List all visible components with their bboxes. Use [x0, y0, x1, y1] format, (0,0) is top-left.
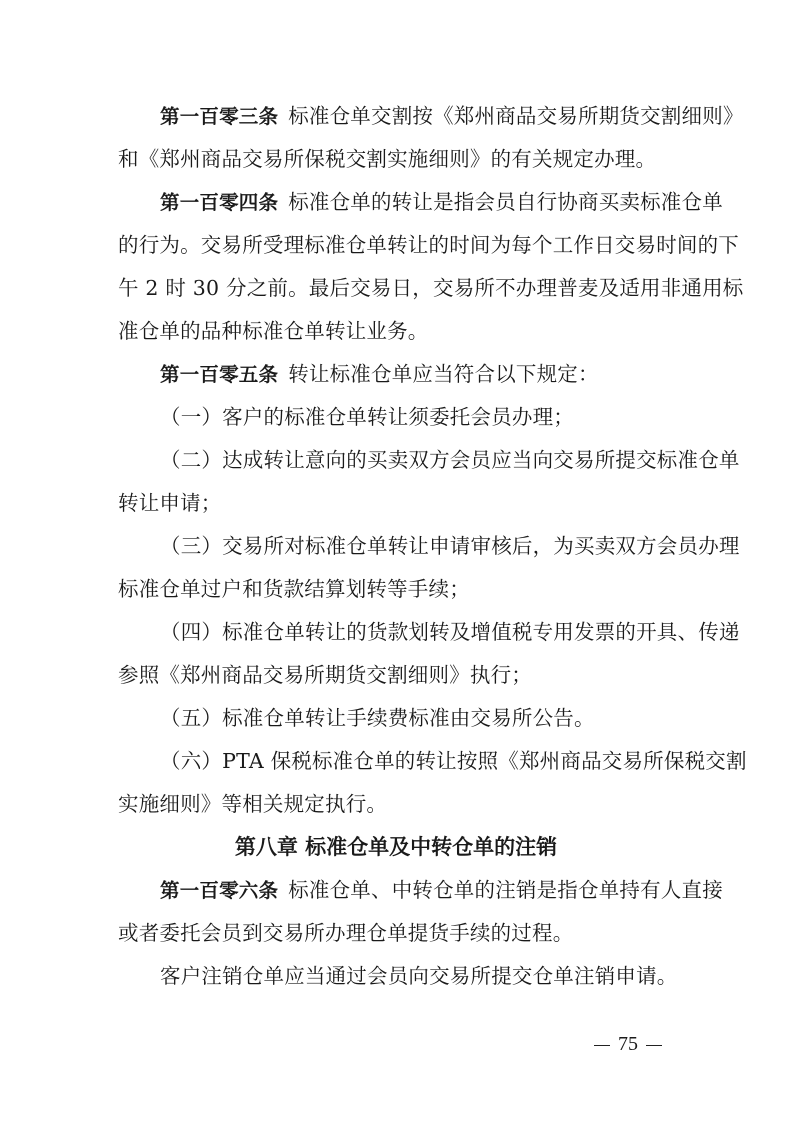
- article-104-line-1: 第一百零四条标准仓单的转让是指会员自行协商买卖标准仓单: [160, 187, 723, 217]
- item-4-line-1: （四）标准仓单转让的货款划转及增值税专用发票的开具、传递: [160, 617, 740, 647]
- item-3-line-1: （三）交易所对标准仓单转让申请审核后，为买卖双方会员办理: [160, 531, 740, 561]
- article-104-line-2: 的行为。交易所受理标准仓单转让的时间为每个工作日交易时间的下: [118, 230, 739, 260]
- item-2-line-2: 转让申请；: [118, 488, 222, 518]
- article-label: 第一百零四条: [160, 191, 278, 214]
- chapter-heading: 第八章 标准仓单及中转仓单的注销: [118, 832, 674, 862]
- item-4-line-2: 参照《郑州商品交易所期货交割细则》执行；: [118, 660, 532, 690]
- article-104-line-3: 午 2 时 30 分之前。最后交易日，交易所不办理普麦及适用非通用标: [118, 273, 744, 303]
- article-label: 第一百零五条: [160, 363, 278, 386]
- article-106-line-2: 或者委托会员到交易所办理仓单提货手续的过程。: [118, 918, 573, 948]
- item-6-line-2: 实施细则》等相关规定执行。: [118, 789, 387, 819]
- article-103-line-2: 和《郑州商品交易所保税交割实施细则》的有关规定办理。: [118, 144, 656, 174]
- dash-left: [594, 1045, 610, 1046]
- article-label: 第一百零六条: [160, 879, 278, 902]
- article-105-line-1: 第一百零五条转让标准仓单应当符合以下规定：: [160, 359, 599, 389]
- article-106-line-1: 第一百零六条标准仓单、中转仓单的注销是指仓单持有人直接: [160, 875, 723, 905]
- item-2-line-1: （二）达成转让意向的买卖双方会员应当向交易所提交标准仓单: [160, 445, 740, 475]
- page-number: 75: [586, 1033, 670, 1056]
- item-6-line-1: （六）PTA 保税标准仓单的转让按照《郑州商品交易所保税交割: [160, 746, 747, 776]
- article-label: 第一百零三条: [160, 105, 278, 128]
- item-1-line-1: （一）客户的标准仓单转让须委托会员办理；: [160, 402, 574, 432]
- dash-right: [646, 1045, 662, 1046]
- item-3-line-2: 标准仓单过户和货款结算划转等手续；: [118, 574, 470, 604]
- article-103-line-1: 第一百零三条标准仓单交割按《郑州商品交易所期货交割细则》: [160, 101, 744, 131]
- item-5-line-1: （五）标准仓单转让手续费标准由交易所公告。: [160, 703, 595, 733]
- article-104-line-4: 准仓单的品种标准仓单转让业务。: [118, 316, 429, 346]
- paragraph-line-1: 客户注销仓单应当通过会员向交易所提交仓单注销申请。: [160, 961, 678, 991]
